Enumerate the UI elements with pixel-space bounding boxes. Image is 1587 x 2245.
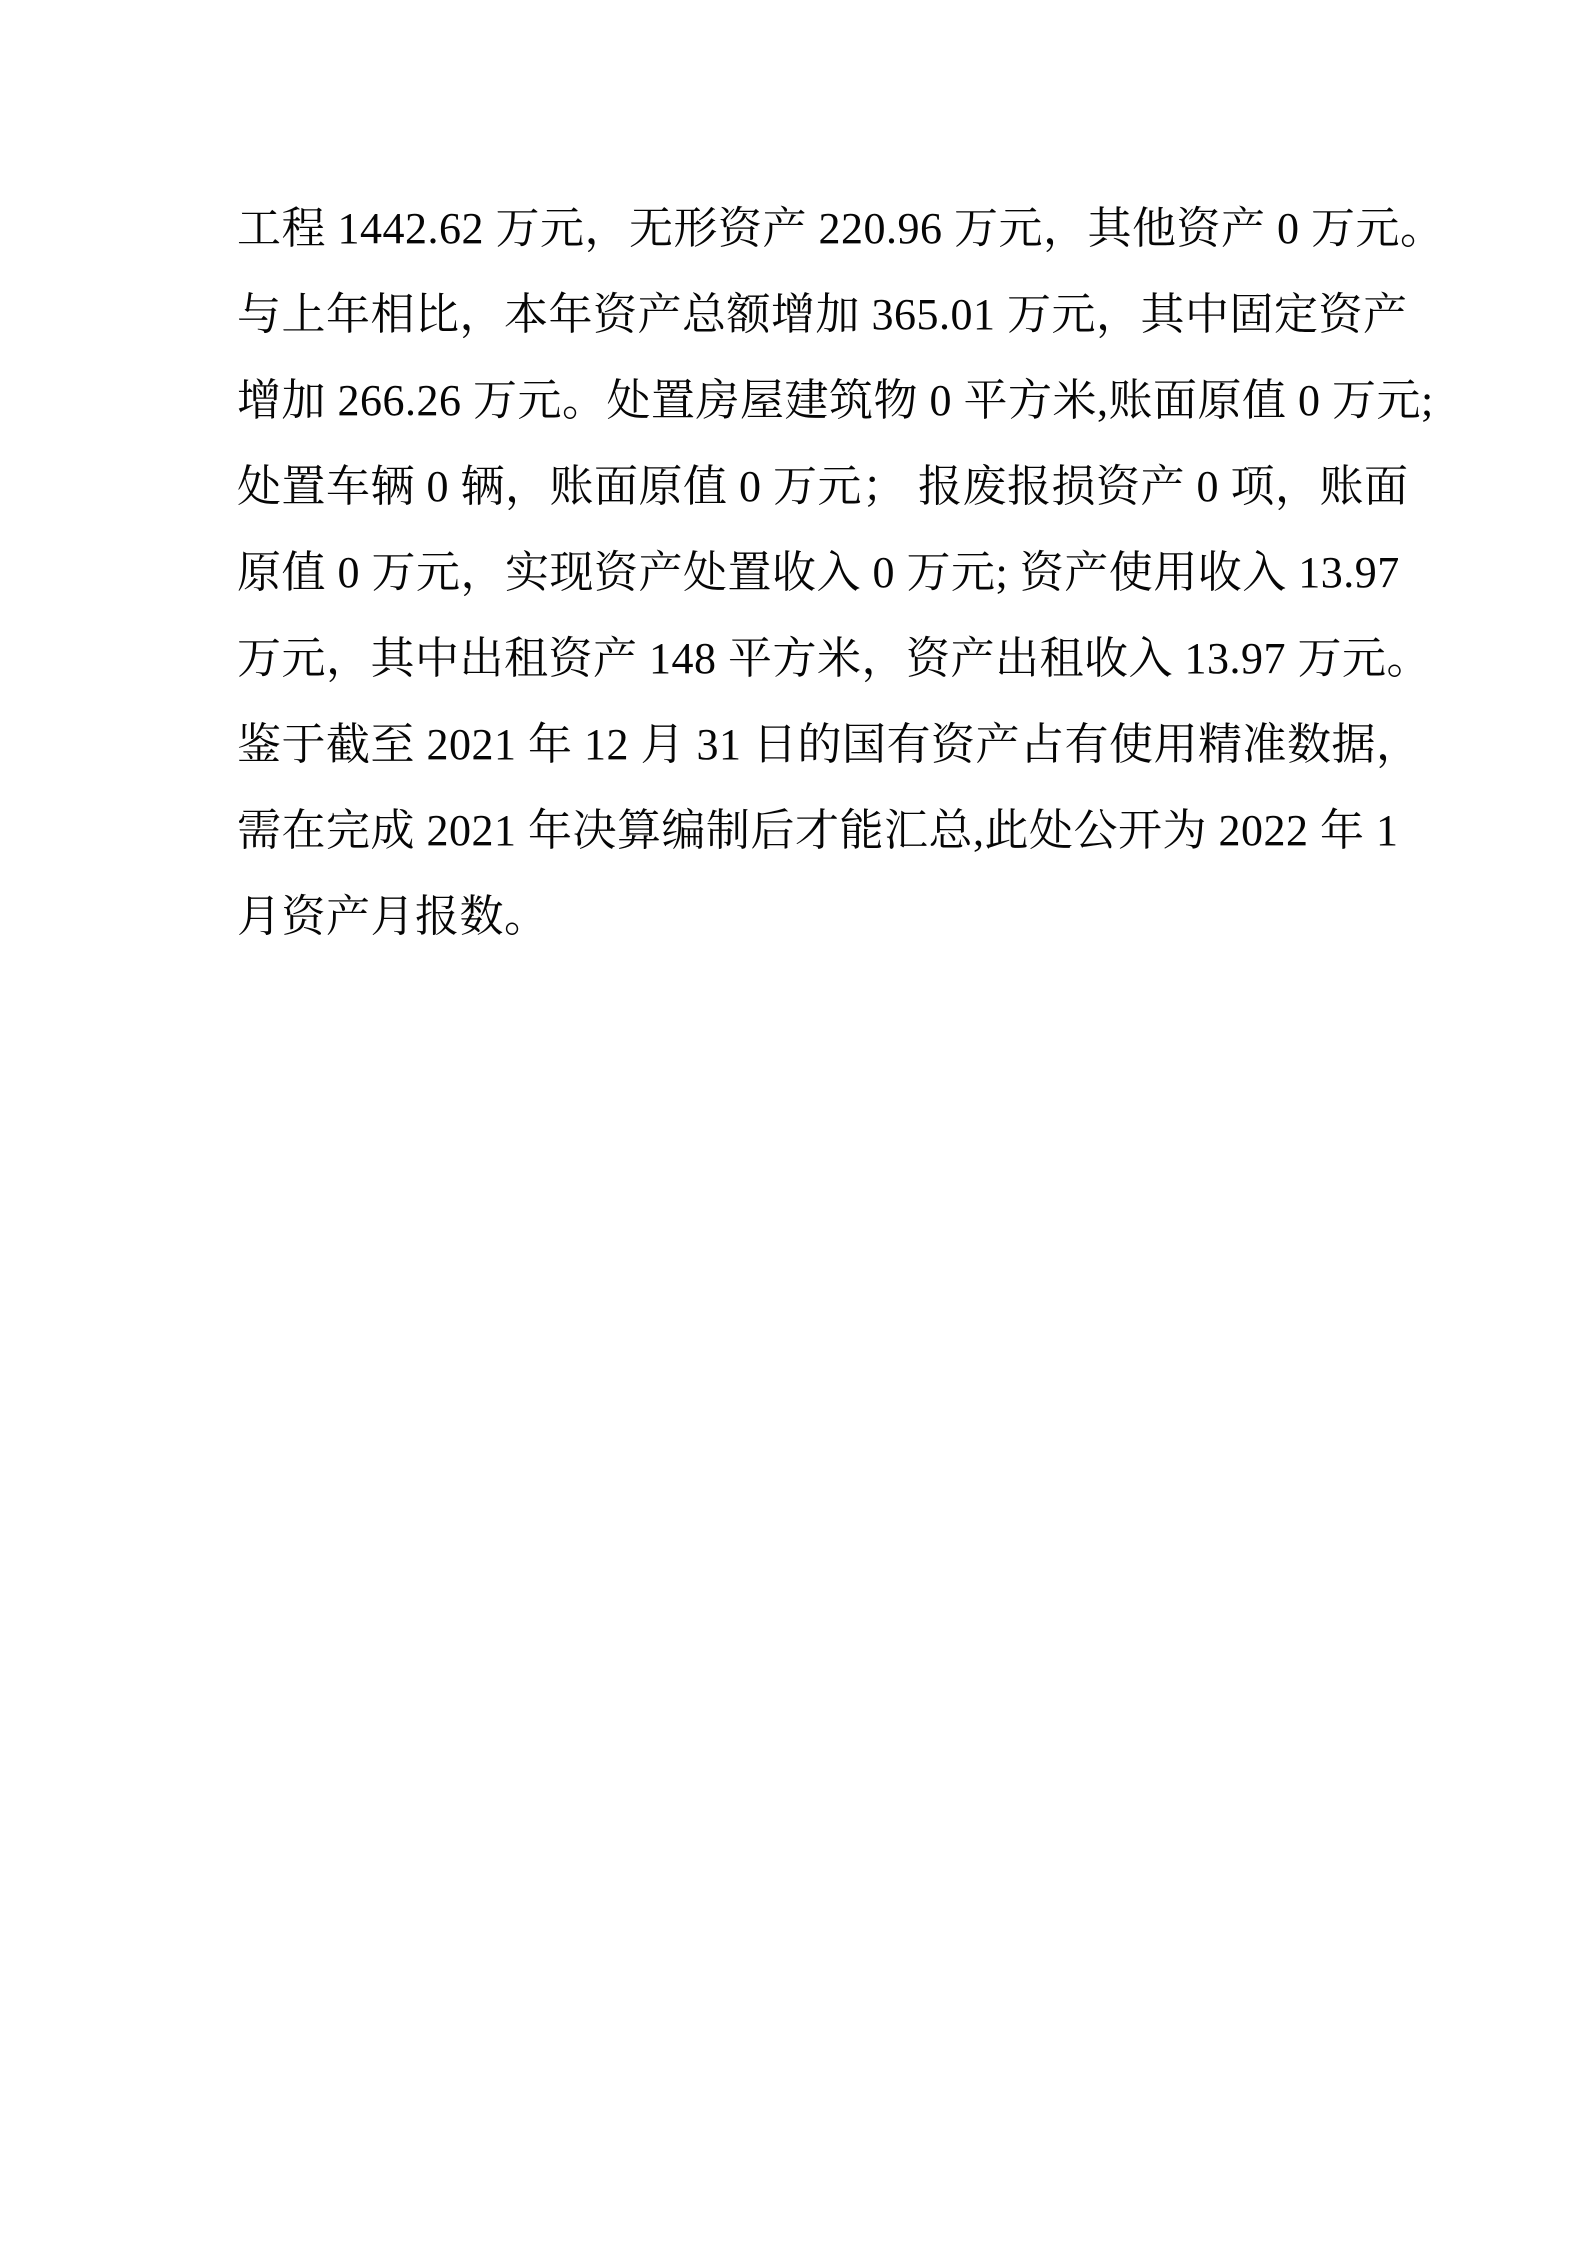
text-line: 与上年相比，本年资产总额增加 365.01 万元，其中固定资产 bbox=[237, 272, 1347, 358]
text-line: 月资产月报数。 bbox=[237, 874, 1347, 960]
paragraph-asset-report: 工程 1442.62 万元，无形资产 220.96 万元，其他资产 0 万元。 … bbox=[237, 186, 1347, 960]
text-line: 处置车辆 0 辆，账面原值 0 万元； 报废报损资产 0 项，账面 bbox=[237, 444, 1347, 530]
text-line: 万元，其中出租资产 148 平方米，资产出租收入 13.97 万元。 bbox=[237, 616, 1347, 702]
document-page: 工程 1442.62 万元，无形资产 220.96 万元，其他资产 0 万元。 … bbox=[0, 0, 1587, 2245]
text-line: 鉴于截至 2021 年 12 月 31 日的国有资产占有使用精准数据， bbox=[237, 702, 1347, 788]
text-line: 增加 266.26 万元。处置房屋建筑物 0 平方米,账面原值 0 万元; bbox=[237, 358, 1347, 444]
text-line: 原值 0 万元，实现资产处置收入 0 万元; 资产使用收入 13.97 bbox=[237, 530, 1347, 616]
text-line: 工程 1442.62 万元，无形资产 220.96 万元，其他资产 0 万元。 bbox=[237, 186, 1347, 272]
text-line: 需在完成 2021 年决算编制后才能汇总,此处公开为 2022 年 1 bbox=[237, 788, 1347, 874]
